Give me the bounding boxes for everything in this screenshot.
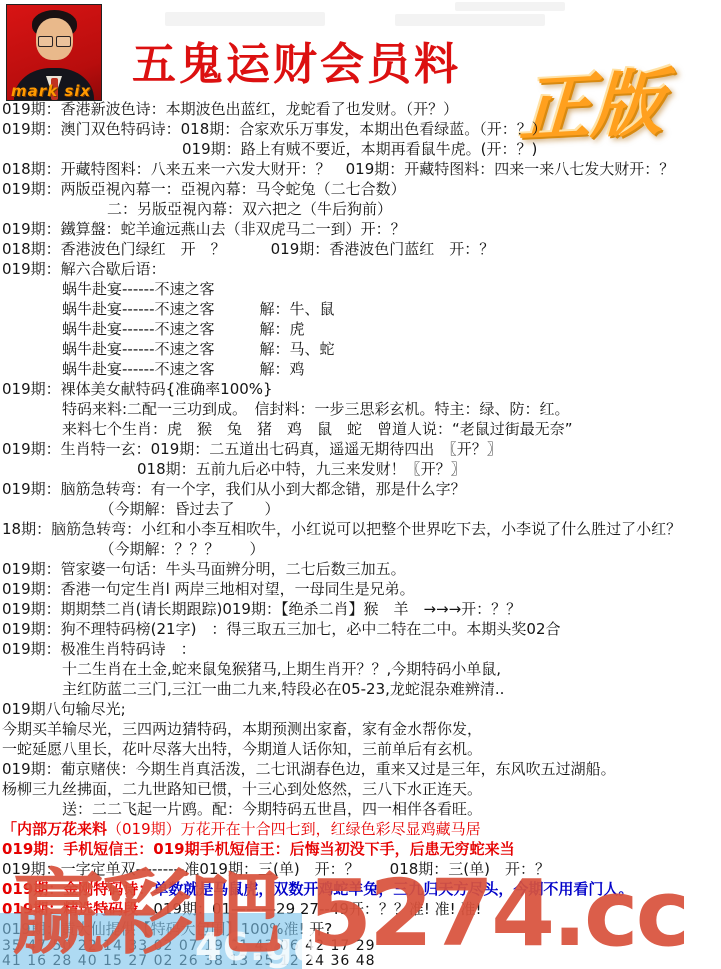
text-line: 019期：香港一句定生肖l 两岸三地相对望，一母同生是兄弟。 xyxy=(2,579,721,599)
main-watermark: 赢彩吧 5274.cc xyxy=(12,862,687,965)
text-line: 019期：狗不理特码榜(21字) ：得三取五三加七，必中二特在二中。本期头奖02… xyxy=(2,619,721,639)
text-segment: 018期：香港波色门绿红 开 ？ 019期：香港波色门蓝红 开：？ xyxy=(2,240,494,258)
text-segment: 019期：裸体美女献特码{准确率100%} xyxy=(2,380,273,398)
text-line: 送：二二飞起一片鸥。配：今期特码五世昌，四一相伴各看旺。 xyxy=(2,799,721,819)
text-line: 主红防蓝二三门,三江一曲二九来,特段必在05-23,龙蛇混杂难辨清.. xyxy=(2,679,721,699)
text-segment: 018期：五前九后必中特，九三来发财！〖开？〗 xyxy=(2,460,466,478)
text-segment: 019期八句输尽光; xyxy=(2,700,126,718)
scan-artifact xyxy=(395,14,545,26)
text-line: 019期：手机短信王：019期手机短信王：后悔当初没下手，后患无穷蛇来当 xyxy=(2,839,721,859)
text-segment: 二：另版亞視內幕：双六把之（牛后狗前） xyxy=(2,200,392,218)
text-line: 今期买羊输尽光，三四两边猜特码，本期预测出家畜，家有金水帮你发， xyxy=(2,719,721,739)
text-line: 018期：开藏特图料：八来五来一六发大财开：？ 019期：开藏特图料：四来一来八… xyxy=(2,159,721,179)
text-line: 019期：路上有贼不要近，本期再看鼠牛虎。(开：？) xyxy=(2,139,721,159)
text-line: 019期：极准生肖特码诗 ： xyxy=(2,639,721,659)
text-segment: 019期：极准生肖特码诗 ： xyxy=(2,640,196,658)
text-line: 蜗牛赴宴------不速之客 xyxy=(2,279,721,299)
text-segment: 十二生肖在土金,蛇来鼠兔猴猪马,上期生肖开？？,今期特码小单鼠, xyxy=(2,660,501,678)
scan-artifact xyxy=(165,12,325,26)
text-line: 019期：两版亞視內幕一：亞視內幕：马令蛇兔（二七合数） xyxy=(2,179,721,199)
text-segment: 18期：脑筋急转弯：小红和小李互相吹牛，小红说可以把整个世界吃下去，小李说了什么… xyxy=(2,520,681,538)
text-line: 019期：管家婆一句话：牛头马面辨分明，二七后数三加五。 xyxy=(2,559,721,579)
text-segment: 019期：鐵算盤：蛇羊逾远燕山去（非双虎马二一到）开：？ xyxy=(2,220,406,238)
text-segment: 019期：解六合歇后语： xyxy=(2,260,166,278)
text-line: 019期八句输尽光; xyxy=(2,699,721,719)
text-segment: 019期：管家婆一句话：牛头马面辨分明，二七后数三加五。 xyxy=(2,560,406,578)
text-line: 019期：期期禁二肖(请长期跟踪)019期：【绝杀二肖】猴 羊 →→→开：？？ xyxy=(2,599,721,619)
text-segment: 019期：生肖特一玄：019期：二五道出七码真，遥遥无期待四出 〖开？〗 xyxy=(2,440,502,458)
text-segment: （今期解：？？？ ） xyxy=(2,540,265,558)
text-line: （今期解：昏过去了 ） xyxy=(2,499,721,519)
text-segment: 019期：香港新波色诗：本期波色出蓝红，龙蛇看了也发财。（开？） xyxy=(2,100,458,118)
text-segment: 蜗牛赴宴------不速之客 解：虎 xyxy=(2,320,304,338)
text-line: （今期解：？？？ ） xyxy=(2,539,721,559)
text-segment: 蜗牛赴宴------不速之客 解：鸡 xyxy=(2,360,304,378)
text-lines: 019期：香港新波色诗：本期波色出蓝红，龙蛇看了也发财。（开？）019期：澳门双… xyxy=(2,99,721,969)
text-line: 二：另版亞視內幕：双六把之（牛后狗前） xyxy=(2,199,721,219)
text-segment: 「内部万花来料 xyxy=(2,820,107,838)
text-line: 一蛇延愿八里长，花叶尽落大出特，今期道人话你知，三前单后有玄机。 xyxy=(2,739,721,759)
text-segment: 杨柳三九丝拂面，二九世路知已惯，十三心到处悠然，三八下水正连天。 xyxy=(2,780,482,798)
text-segment: （今期解：昏过去了 ） xyxy=(2,500,280,518)
text-line: 十二生肖在土金,蛇来鼠兔猴猪马,上期生肖开？？,今期特码小单鼠, xyxy=(2,659,721,679)
text-segment: 019期：澳门双色特码诗：018期：合家欢乐万事发，本期出色看绿蓝。（开：？） xyxy=(2,120,547,138)
text-segment: 019期：香港一句定生肖l 两岸三地相对望，一母同生是兄弟。 xyxy=(2,580,415,598)
text-segment: 018期：开藏特图料：八来五来一六发大财开：？ 019期：开藏特图料：四来一来八… xyxy=(2,160,674,178)
text-segment: 蜗牛赴宴------不速之客 xyxy=(2,280,214,298)
text-segment: 019期：手机短信王：019期手机短信王：后悔当初没下手，后患无穷蛇来当 xyxy=(2,840,515,858)
text-line: 蜗牛赴宴------不速之客 解：马、蛇 xyxy=(2,339,721,359)
glasses-icon xyxy=(38,36,71,46)
text-segment: 来料七个生肖：虎 猴 兔 猪 鸡 鼠 蛇 曾道人说：“老鼠过街最无奈” xyxy=(2,420,573,438)
text-segment: 一蛇延愿八里长，花叶尽落大出特，今期道人话你知，三前单后有玄机。 xyxy=(2,740,482,758)
text-line: 019期：裸体美女献特码{准确率100%} xyxy=(2,379,721,399)
text-segment: 特码来料:二配一三功到成。 信封料：一步三思彩玄机。特主：绿、防：红。 xyxy=(2,400,570,418)
text-segment: （019期）万花开在十合四七到，红绿色彩尽显鸡藏马居 xyxy=(107,820,481,838)
scan-artifact xyxy=(455,2,565,11)
text-line: 019期：葡京赌侠：今期生肖真活泼，二七讯湖春色边，重来又过是三年，东风吹五过湖… xyxy=(2,759,721,779)
text-line: 杨柳三九丝拂面，二九世路知已惯，十三心到处悠然，三八下水正连天。 xyxy=(2,779,721,799)
page: { "header": { "title": "五鬼运财会员料", "stamp… xyxy=(0,0,721,969)
text-line: 019期：澳门双色特码诗：018期：合家欢乐万事发，本期出色看绿蓝。（开：？） xyxy=(2,119,721,139)
photo-caption: mark six xyxy=(11,82,102,100)
portrait-photo: mark six xyxy=(6,4,102,101)
text-segment: 019期：狗不理特码榜(21字) ：得三取五三加七，必中二特在二中。本期头奖02… xyxy=(2,620,561,638)
text-line: 018期：五前九后必中特，九三来发财！〖开？〗 xyxy=(2,459,721,479)
text-segment: 019期：脑筋急转弯：有一个字，我们从小到大都念错，那是什么字？ xyxy=(2,480,466,498)
text-segment: 019期：葡京赌侠：今期生肖真活泼，二七讯湖春色边，重来又过是三年，东风吹五过湖… xyxy=(2,760,616,778)
text-segment: 019期：两版亞視內幕一：亞視內幕：马令蛇兔（二七合数） xyxy=(2,180,406,198)
text-line: 来料七个生肖：虎 猴 兔 猪 鸡 鼠 蛇 曾道人说：“老鼠过街最无奈” xyxy=(2,419,721,439)
text-segment: 019期：期期禁二肖(请长期跟踪)019期：【绝杀二肖】猴 羊 →→→开：？？ xyxy=(2,600,521,618)
text-line: 蜗牛赴宴------不速之客 解：鸡 xyxy=(2,359,721,379)
text-segment: 蜗牛赴宴------不速之客 解：马、蛇 xyxy=(2,340,334,358)
text-line: 蜗牛赴宴------不速之客 解：虎 xyxy=(2,319,721,339)
text-line: 18期：脑筋急转弯：小红和小李互相吹牛，小红说可以把整个世界吃下去，小李说了什么… xyxy=(2,519,721,539)
text-segment: 蜗牛赴宴------不速之客 解：牛、鼠 xyxy=(2,300,334,318)
text-line: 019期：鐵算盤：蛇羊逾远燕山去（非双虎马二一到）开：？ xyxy=(2,219,721,239)
text-line: 019期：脑筋急转弯：有一个字，我们从小到大都念错，那是什么字？ xyxy=(2,479,721,499)
page-title: 五鬼运财会员料 xyxy=(132,28,461,92)
text-segment: 019期：路上有贼不要近，本期再看鼠牛虎。(开：？) xyxy=(2,140,537,158)
text-line: 蜗牛赴宴------不速之客 解：牛、鼠 xyxy=(2,299,721,319)
text-line: 019期：解六合歇后语： xyxy=(2,259,721,279)
text-line: 018期：香港波色门绿红 开 ？ 019期：香港波色门蓝红 开：？ xyxy=(2,239,721,259)
text-line: 019期：香港新波色诗：本期波色出蓝红，龙蛇看了也发财。（开？） xyxy=(2,99,721,119)
text-line: 「内部万花来料（019期）万花开在十合四七到，红绿色彩尽显鸡藏马居 xyxy=(2,819,721,839)
text-segment: 送：二二飞起一片鸥。配：今期特码五世昌，四一相伴各看旺。 xyxy=(2,800,482,818)
text-line: 特码来料:二配一三功到成。 信封料：一步三思彩玄机。特主：绿、防：红。 xyxy=(2,399,721,419)
text-line: 019期：生肖特一玄：019期：二五道出七码真，遥遥无期待四出 〖开？〗 xyxy=(2,439,721,459)
text-segment: 主红防蓝二三门,三江一曲二九来,特段必在05-23,龙蛇混杂难辨清.. xyxy=(2,680,504,698)
text-segment: 今期买羊输尽光，三四两边猜特码，本期预测出家畜，家有金水帮你发， xyxy=(2,720,482,738)
